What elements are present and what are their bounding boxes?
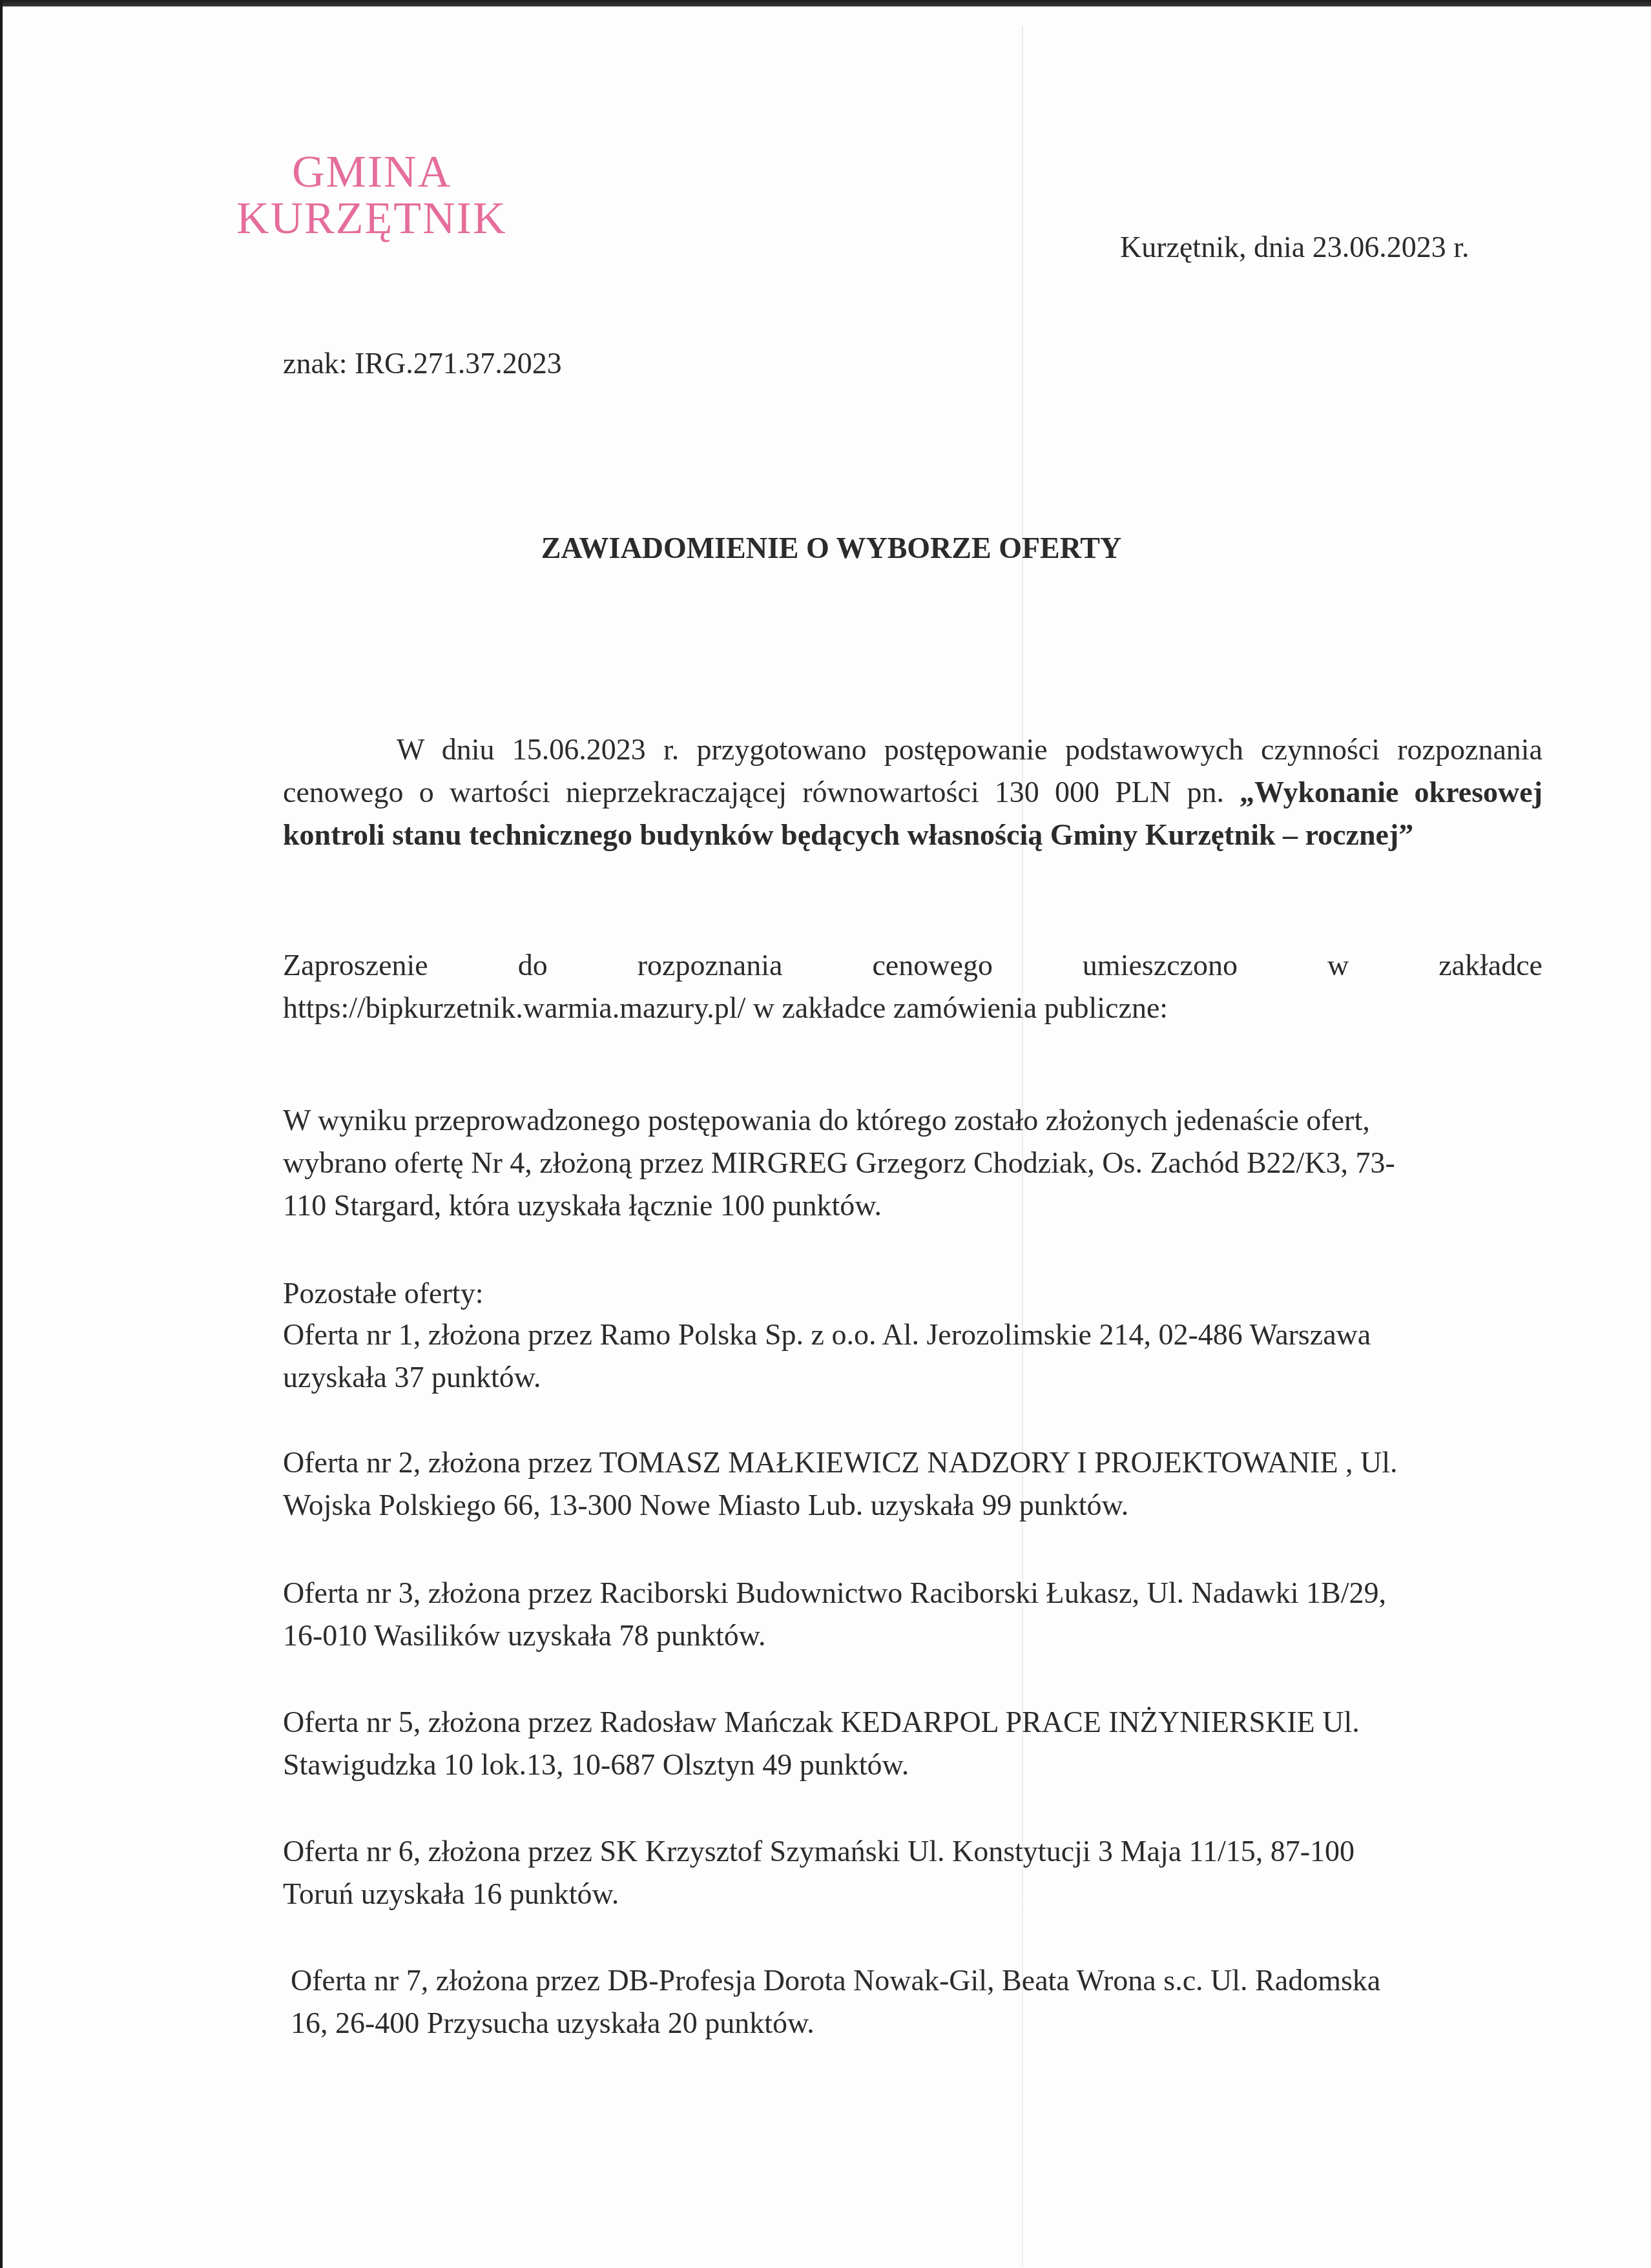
municipality-stamp: GMINA KURZĘTNIK — [236, 150, 506, 242]
offer-line-1: Oferta nr 3, złożona przez Raciborski Bu… — [283, 1572, 1542, 1614]
invitation-paragraph: Zaproszenie do rozpoznania cenowego umie… — [283, 944, 1542, 1029]
offer-line-2: Stawigudzka 10 lok.13, 10-687 Olsztyn 49… — [283, 1744, 1542, 1786]
offer-line-1: Oferta nr 6, złożona przez SK Krzysztof … — [283, 1830, 1542, 1873]
offer-line-2: uzyskała 37 punktów. — [283, 1356, 1542, 1399]
offer-item: Oferta nr 2, złożona przez TOMASZ MAŁKIE… — [283, 1441, 1542, 1527]
offer-line-1: Oferta nr 1, złożona przez Ramo Polska S… — [283, 1314, 1542, 1356]
result-line-1: W wyniku przeprowadzonego postępowania d… — [283, 1099, 1542, 1142]
invitation-line-1: Zaproszenie do rozpoznania cenowego umie… — [283, 944, 1542, 987]
invitation-line-2: https://bipkurzetnik.warmia.mazury.pl/ w… — [283, 987, 1542, 1029]
offer-line-2: 16-010 Wasilików uzyskała 78 punktów. — [283, 1614, 1542, 1657]
offer-item: Oferta nr 5, złożona przez Radosław Mańc… — [283, 1701, 1542, 1786]
other-offers-heading: Pozostałe oferty: — [283, 1272, 1542, 1315]
scanner-edge-top — [0, 0, 1651, 6]
offer-item: Oferta nr 7, złożona przez DB-Profesja D… — [291, 1959, 1550, 2045]
offer-line-1: Oferta nr 2, złożona przez TOMASZ MAŁKIE… — [283, 1441, 1542, 1484]
reference-number: znak: IRG.271.37.2023 — [283, 346, 562, 380]
offer-line-2: 16, 26-400 Przysucha uzyskała 20 punktów… — [291, 2002, 1550, 2045]
stamp-line-2: KURZĘTNIK — [236, 196, 506, 242]
intro-paragraph: W dniu 15.06.2023 r. przygotowano postęp… — [283, 728, 1542, 856]
offer-line-2: Toruń uzyskała 16 punktów. — [283, 1873, 1542, 1915]
stamp-line-1: GMINA — [236, 150, 506, 195]
result-line-2: wybrano ofertę Nr 4, złożoną przez MIRGR… — [283, 1142, 1542, 1184]
offer-item: Oferta nr 1, złożona przez Ramo Polska S… — [283, 1314, 1542, 1399]
offer-item: Oferta nr 3, złożona przez Raciborski Bu… — [283, 1572, 1542, 1657]
offer-line-2: Wojska Polskiego 66, 13-300 Nowe Miasto … — [283, 1484, 1542, 1527]
result-line-3: 110 Stargard, która uzyskała łącznie 100… — [283, 1184, 1542, 1227]
document-page: GMINA KURZĘTNIK Kurzętnik, dnia 23.06.20… — [3, 6, 1651, 2268]
offer-line-1: Oferta nr 5, złożona przez Radosław Mańc… — [283, 1701, 1542, 1744]
document-title: ZAWIADOMIENIE O WYBORZE OFERTY — [3, 531, 1651, 565]
offer-line-1: Oferta nr 7, złożona przez DB-Profesja D… — [291, 1959, 1550, 2002]
result-paragraph: W wyniku przeprowadzonego postępowania d… — [283, 1099, 1542, 1227]
offer-item: Oferta nr 6, złożona przez SK Krzysztof … — [283, 1830, 1542, 1915]
place-and-date: Kurzętnik, dnia 23.06.2023 r. — [1120, 230, 1469, 264]
